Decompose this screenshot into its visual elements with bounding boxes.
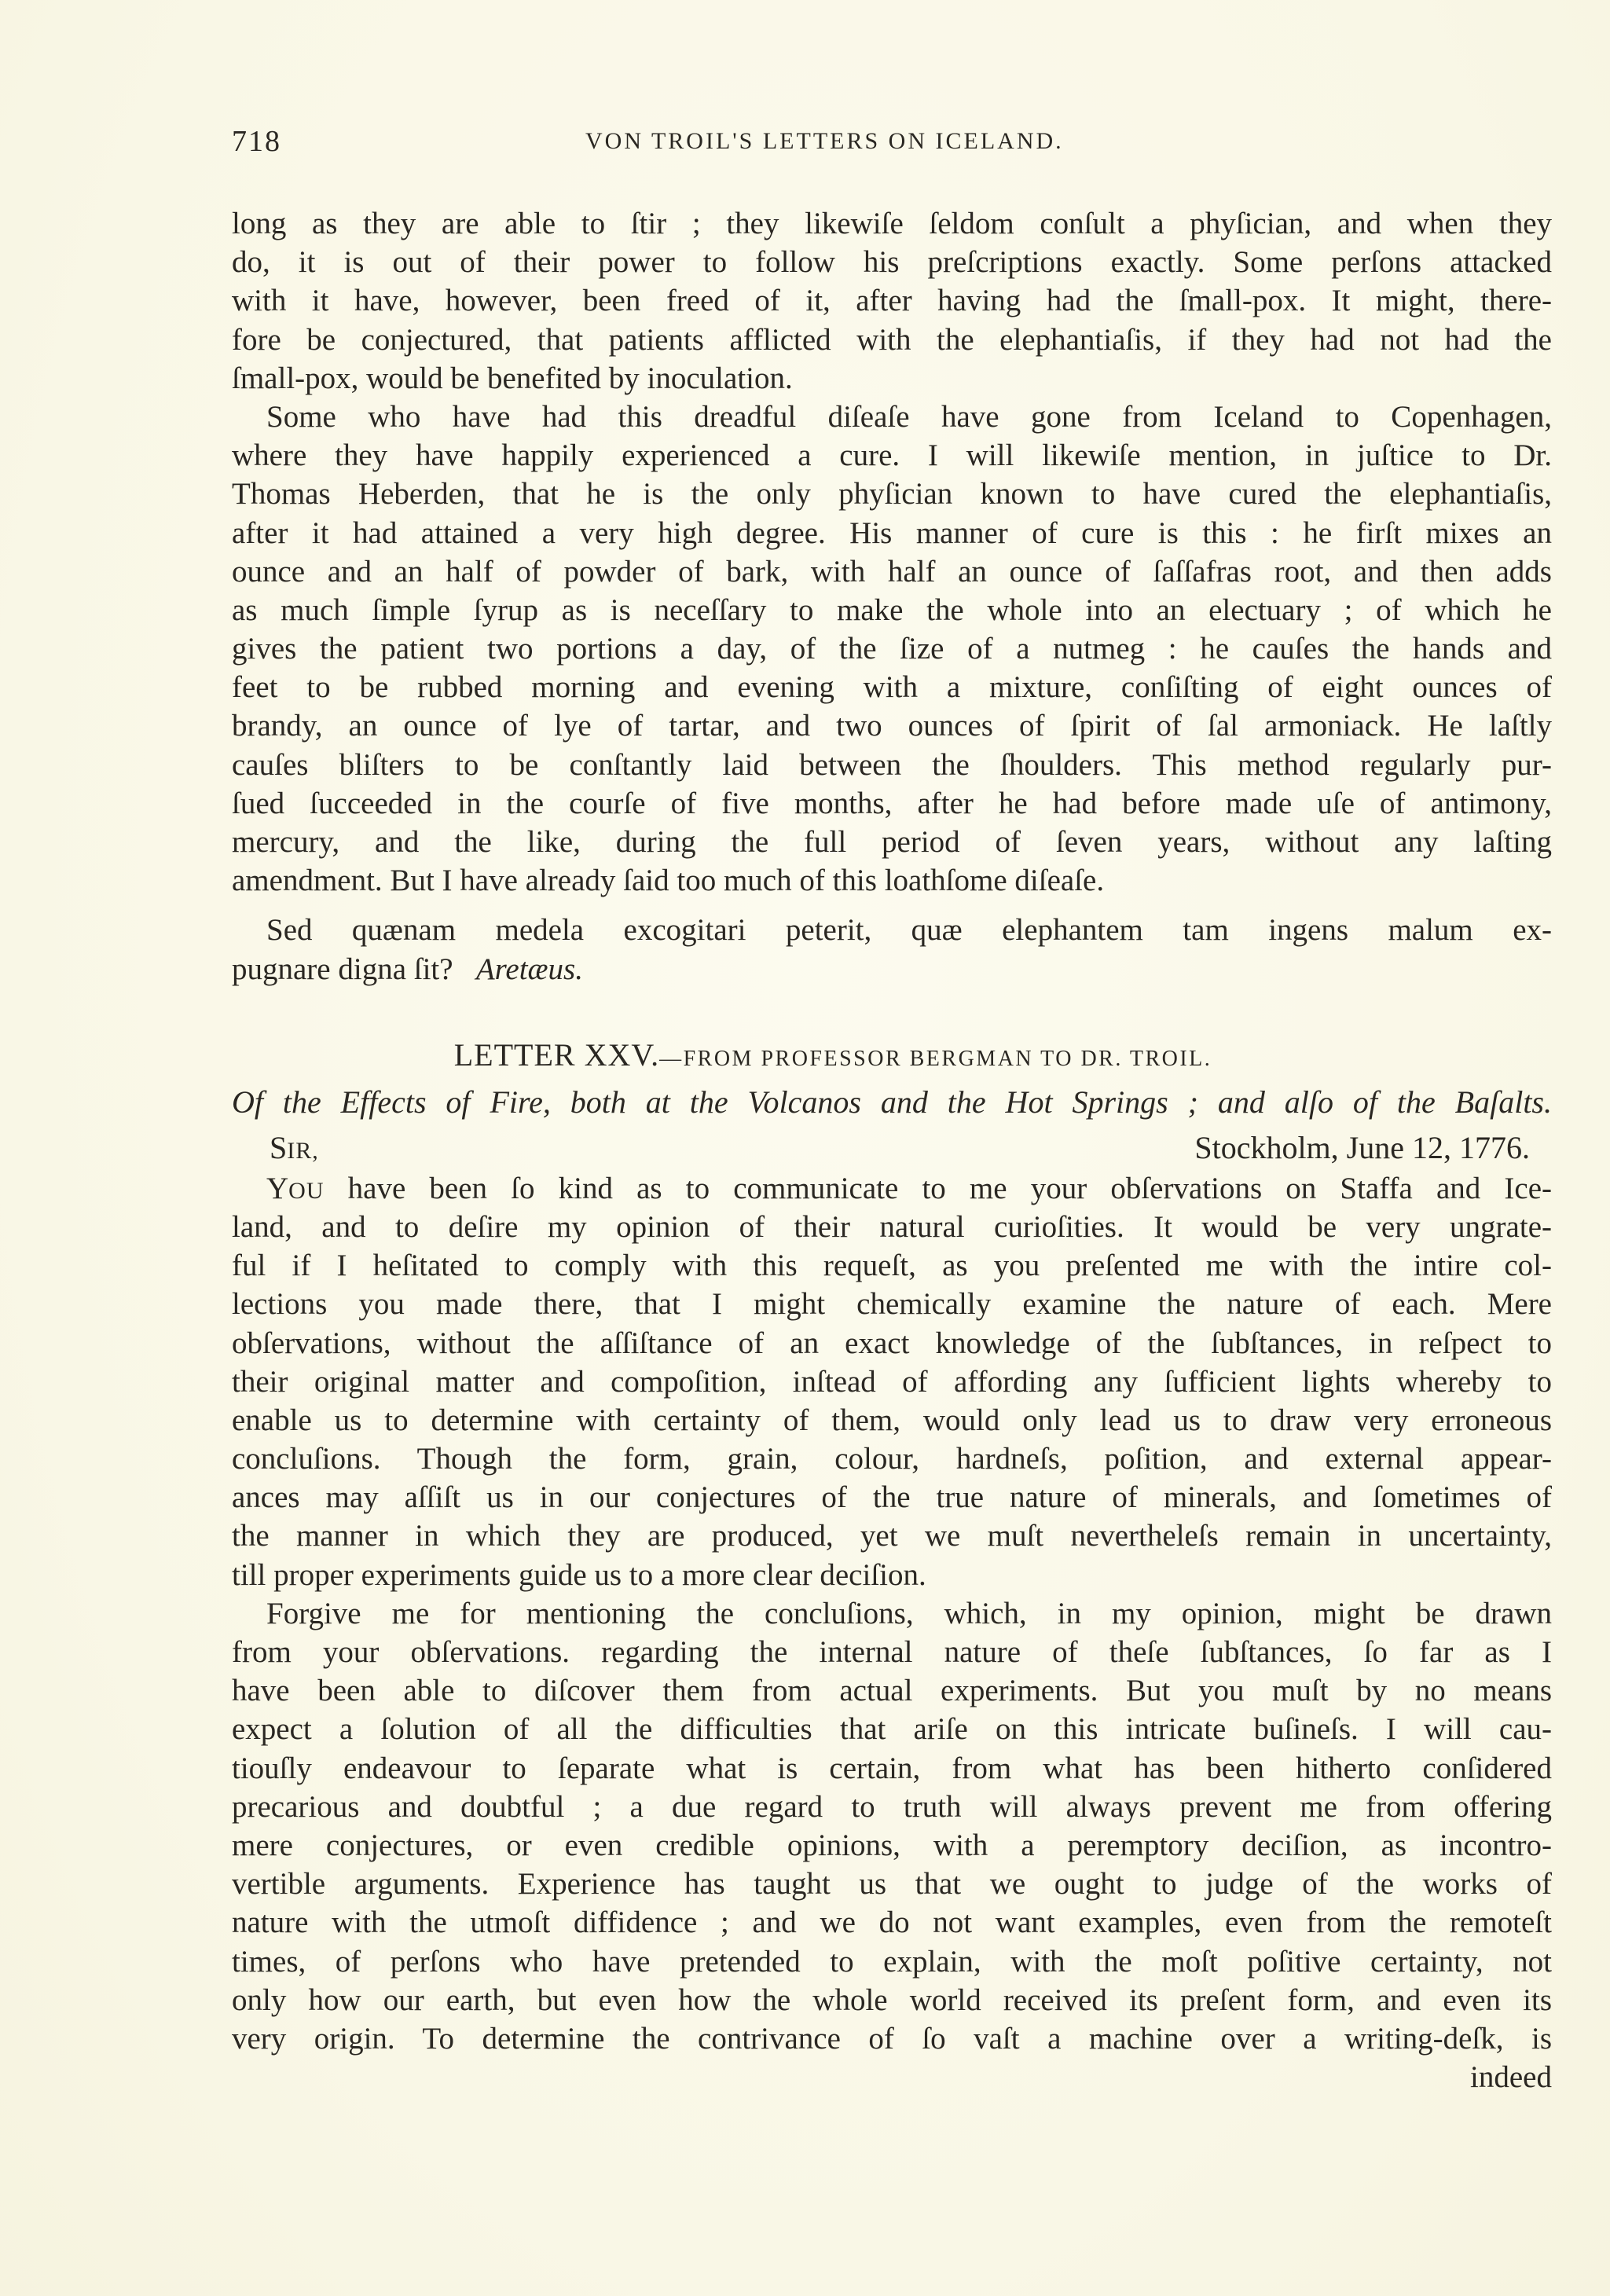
paragraph-heberden-cure: Some who have had this dreadful diſeaſe …: [232, 398, 1552, 900]
text-line: ounce and an half of powder of bark, wit…: [232, 552, 1552, 591]
text-line: nature with the utmoſt diffidence ; and …: [232, 1903, 1552, 1942]
letter-number: LETTER XXV.: [454, 1037, 659, 1073]
running-head: 718 Von Troil's Letters on Iceland.: [232, 118, 1552, 165]
catchword: indeed: [232, 2058, 1552, 2096]
letter-heading: LETTER XXV.—From Professor Bergman to Dr…: [232, 1034, 1552, 1076]
quote-text: pugnare digna ſit?: [232, 952, 453, 986]
book-page: 718 Von Troil's Letters on Iceland. long…: [232, 118, 1552, 2096]
first-word-initial: Y: [266, 1172, 288, 1205]
text-line: vertible arguments. Experience has taugh…: [232, 1865, 1552, 1903]
text-line: pugnare digna ſit? Aretæus.: [232, 950, 1552, 988]
letter-paragraph-2: Forgive me for mentioning the concluſion…: [232, 1594, 1552, 2096]
text-line: from your obſervations. regarding the in…: [232, 1633, 1552, 1671]
text-line: mercury, and the like, during the full p…: [232, 823, 1552, 861]
latin-quote: Sed quænam medela excogitari peterit, qu…: [232, 911, 1552, 988]
text-line: Some who have had this dreadful diſeaſe …: [232, 398, 1552, 436]
salutation-row: Sir, Stockholm, June 12, 1776.: [232, 1127, 1552, 1169]
text-line: lections you made there, that I might ch…: [232, 1285, 1552, 1323]
text-line: do, it is out of their power to follow h…: [232, 243, 1552, 281]
dateline: Stockholm, June 12, 1776.: [1194, 1127, 1530, 1169]
text-line: after it had attained a very high degree…: [232, 514, 1552, 552]
text-line: long as they are able to ſtir ; they lik…: [232, 204, 1552, 243]
paragraph-continued: long as they are able to ſtir ; they lik…: [232, 204, 1552, 398]
text-line: concluſions. Though the form, grain, col…: [232, 1440, 1552, 1478]
text-line: till proper experiments guide us to a mo…: [232, 1556, 1552, 1594]
text-line: expect a ſolution of all the difficultie…: [232, 1710, 1552, 1748]
letter-paragraph-1: You have been ſo kind as to communicate …: [232, 1169, 1552, 1594]
letter-subtitle: Of the Effects of Fire, both at the Volc…: [232, 1081, 1552, 1124]
text-line: ſmall-pox, would be benefited by inocula…: [232, 359, 1552, 398]
text-line: land, and to deſire my opinion of their …: [232, 1208, 1552, 1246]
text-line: only how our earth, but even how the who…: [232, 1981, 1552, 2019]
text-line: obſervations, without the aſſiſtance of …: [232, 1324, 1552, 1363]
text-line-rest: have been ſo kind as to communicate to m…: [325, 1172, 1552, 1205]
text-line: gives the patient two portions a day, of…: [232, 629, 1552, 668]
text-line: where they have happily experienced a cu…: [232, 436, 1552, 475]
text-line: fore be conjectured, that patients affli…: [232, 321, 1552, 359]
text-line: You have been ſo kind as to communicate …: [232, 1169, 1552, 1208]
text-line: their original matter and compoſition, i…: [232, 1363, 1552, 1401]
text-line: with it have, however, been freed of it,…: [232, 281, 1552, 320]
text-line: amendment. But I have already ſaid too m…: [232, 861, 1552, 900]
first-word-rest: ou: [288, 1178, 324, 1204]
text-line: times, of perſons who have pretended to …: [232, 1942, 1552, 1981]
text-line: very origin. To determine the contrivanc…: [232, 2019, 1552, 2058]
salutation-rest: ir,: [287, 1138, 319, 1164]
text-line: mere conjectures, or even credible opini…: [232, 1826, 1552, 1865]
text-line: Sed quænam medela excogitari peterit, qu…: [232, 911, 1552, 949]
text-line: ances may aſſiſt us in our conjectures o…: [232, 1478, 1552, 1517]
salutation-initial: S: [270, 1130, 287, 1165]
text-line: Forgive me for mentioning the concluſion…: [232, 1594, 1552, 1633]
text-line: Thomas Heberden, that he is the only phy…: [232, 475, 1552, 513]
text-line: precarious and doubtful ; a due regard t…: [232, 1788, 1552, 1826]
text-line: as much ſimple ſyrup as is neceſſary to …: [232, 591, 1552, 629]
text-line: brandy, an ounce of lye of tartar, and t…: [232, 706, 1552, 745]
text-line: ful if I heſitated to comply with this r…: [232, 1246, 1552, 1285]
running-title: Von Troil's Letters on Iceland.: [585, 118, 1064, 165]
salutation: Sir,: [270, 1127, 319, 1169]
letter-from-to: —From Professor Bergman to Dr. Troil.: [659, 1047, 1212, 1071]
text-line: have been able to diſcover them from act…: [232, 1671, 1552, 1710]
text-line: the manner in which they are produced, y…: [232, 1517, 1552, 1555]
text-line: enable us to determine with certainty of…: [232, 1401, 1552, 1440]
text-line: ſued ſucceeded in the courſe of five mon…: [232, 784, 1552, 823]
quote-attribution: Aretæus.: [476, 952, 583, 986]
text-line: feet to be rubbed morning and evening wi…: [232, 668, 1552, 706]
text-line: tiouſly endeavour to ſeparate what is ce…: [232, 1749, 1552, 1788]
text-line: cauſes bliſters to be conſtantly laid be…: [232, 746, 1552, 784]
page-number: 718: [232, 118, 281, 165]
